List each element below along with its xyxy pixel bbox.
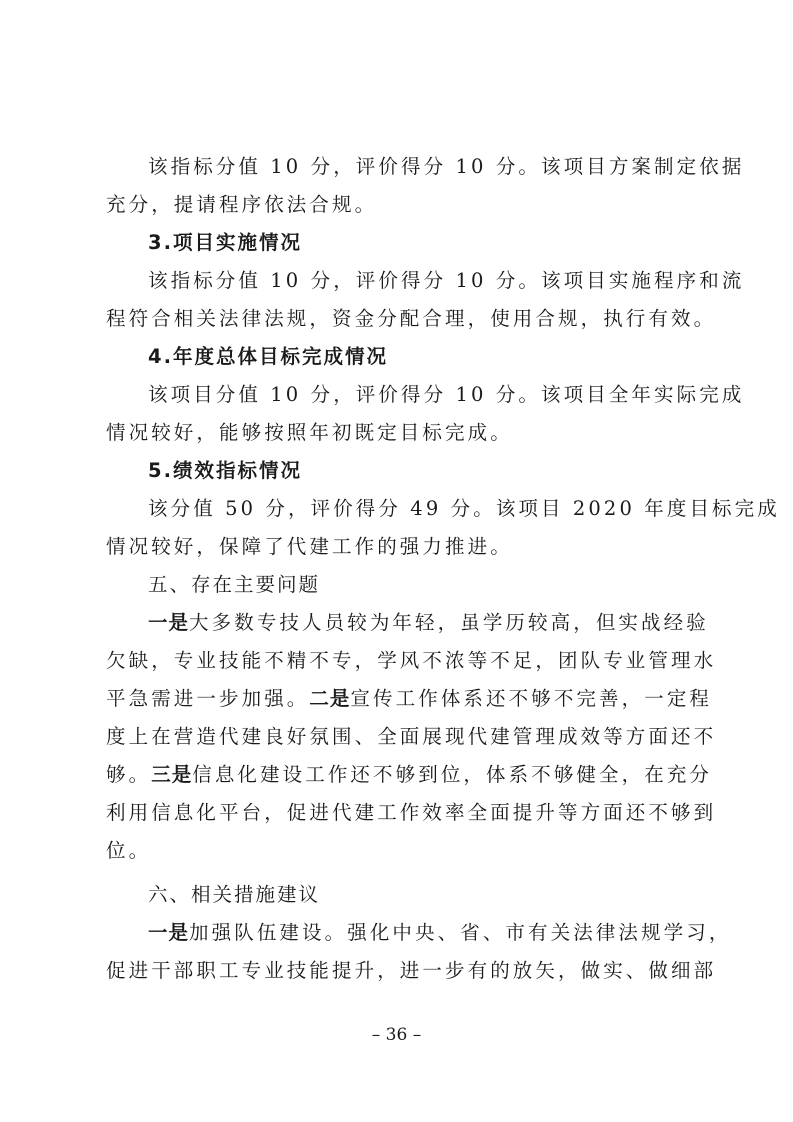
line-text: 加强队伍建设。强化中央、省、市有关法律法规学习， [189, 921, 731, 944]
paragraph-line: 该项目分值 10 分，评价得分 10 分。该项目全年实际完成 [106, 376, 690, 414]
paragraph-line: 度上在营造代建良好氛围、全面展现代建管理成效等方面还不 [106, 718, 690, 756]
paragraph-line: 一是大多数专技人员较为年轻，虽学历较高，但实战经验 [106, 604, 690, 642]
line-text: 够。 [106, 763, 151, 786]
line-text: 该指标分值 10 分，评价得分 10 分。该项目实施程序和流 [148, 269, 744, 292]
line-text: 情况较好，能够按照年初既定目标完成。 [106, 421, 513, 444]
heading-text: 六、相关措施建议 [148, 883, 320, 906]
line-text: 情况较好，保障了代建工作的强力推进。 [106, 535, 513, 558]
lead-phrase: 一是 [148, 611, 189, 634]
line-text: 该指标分值 10 分，评价得分 10 分。该项目方案制定依据 [148, 155, 744, 178]
line-text: 宣传工作体系还不够不完善，一定程 [350, 687, 712, 710]
paragraph-line: 该分值 50 分，评价得分 49 分。该项目 2020 年度目标完成 [106, 490, 690, 528]
line-text: 大多数专技人员较为年轻，虽学历较高，但实战经验 [189, 611, 709, 634]
paragraph-line: 充分，提请程序依法合规。 [106, 186, 690, 224]
heading-text: 4.年度总体目标完成情况 [148, 345, 388, 368]
section-heading-5: 五、存在主要问题 [106, 566, 690, 604]
paragraph-line: 该指标分值 10 分，评价得分 10 分。该项目实施程序和流 [106, 262, 690, 300]
paragraph-line: 够。三是信息化建设工作还不够到位，体系不够健全，在充分 [106, 756, 690, 794]
paragraph-line: 一是加强队伍建设。强化中央、省、市有关法律法规学习， [106, 914, 690, 952]
paragraph-line: 情况较好，能够按照年初既定目标完成。 [106, 414, 690, 452]
line-text: 程符合相关法律法规，资金分配合理，使用合规，执行有效。 [106, 307, 716, 330]
heading-text: 五、存在主要问题 [148, 573, 320, 596]
line-text: 欠缺，专业技能不精不专，学风不浓等不足，团队专业管理水 [106, 649, 716, 672]
subsection-heading-5: 5.绩效指标情况 [106, 452, 690, 490]
line-text: 信息化建设工作还不够到位，体系不够健全，在充分 [192, 763, 712, 786]
subsection-heading-3: 3.项目实施情况 [106, 224, 690, 262]
lead-phrase: 三是 [151, 763, 192, 786]
subsection-heading-4: 4.年度总体目标完成情况 [106, 338, 690, 376]
heading-text: 3.项目实施情况 [148, 231, 302, 254]
paragraph-line: 该指标分值 10 分，评价得分 10 分。该项目方案制定依据 [106, 148, 690, 186]
section-heading-6: 六、相关措施建议 [106, 876, 690, 914]
line-text: 充分，提请程序依法合规。 [106, 193, 377, 216]
paragraph-line: 情况较好，保障了代建工作的强力推进。 [106, 528, 690, 566]
paragraph-line: 促进干部职工专业技能提升，进一步有的放矢，做实、做细部 [106, 952, 690, 990]
line-text: 利用信息化平台，促进代建工作效率全面提升等方面还不够到 [106, 801, 716, 824]
page-number: – 36 – [0, 1025, 793, 1045]
line-text: 位。 [106, 839, 151, 862]
paragraph-line: 欠缺，专业技能不精不专，学风不浓等不足，团队专业管理水 [106, 642, 690, 680]
paragraph-line: 平急需进一步加强。二是宣传工作体系还不够不完善，一定程 [106, 680, 690, 718]
line-text: 该分值 50 分，评价得分 49 分。该项目 2020 年度目标完成 [148, 497, 780, 520]
paragraph-line: 利用信息化平台，促进代建工作效率全面提升等方面还不够到 [106, 794, 690, 832]
heading-text: 5.绩效指标情况 [148, 459, 302, 482]
lead-phrase: 一是 [148, 921, 189, 944]
line-text: 该项目分值 10 分，评价得分 10 分。该项目全年实际完成 [148, 383, 744, 406]
paragraph-line: 程符合相关法律法规，资金分配合理，使用合规，执行有效。 [106, 300, 690, 338]
line-text: 度上在营造代建良好氛围、全面展现代建管理成效等方面还不 [106, 725, 716, 748]
lead-phrase: 二是 [309, 687, 350, 710]
line-text: 平急需进一步加强。 [106, 687, 309, 710]
line-text: 促进干部职工专业技能提升，进一步有的放矢，做实、做细部 [106, 959, 716, 982]
paragraph-line: 位。 [106, 832, 690, 870]
